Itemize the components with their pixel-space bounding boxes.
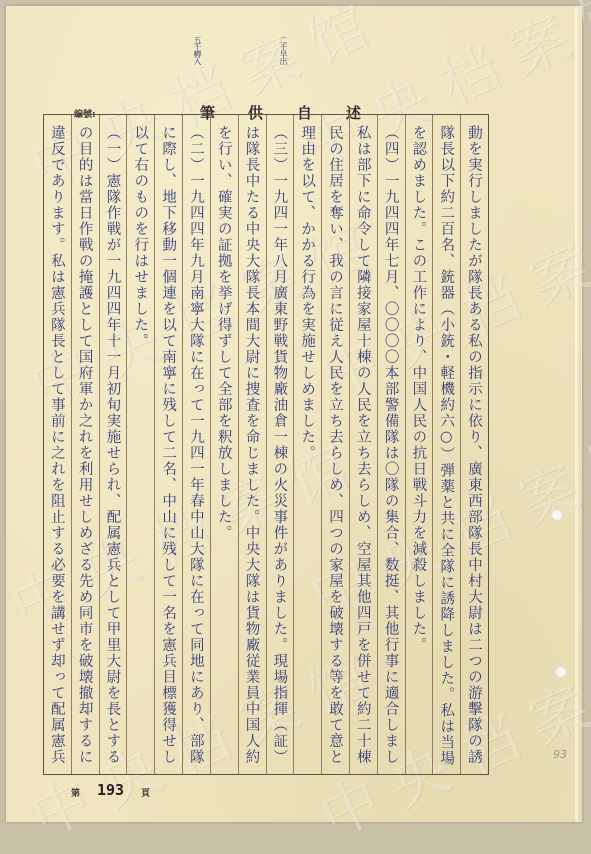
punch-hole — [555, 666, 567, 678]
document-page: 中央档案馆 中央档案馆 中央档案馆 中央档案馆 中央档案馆 中央档案馆 中央档案… — [6, 6, 582, 822]
manuscript-column: （三）一九四一年八月廣東野戦貨物廠油倉一棟の火災事件がありました。現場指揮（証）… — [266, 115, 294, 774]
manuscript-column: 違反であります。私は憲兵隊長として事前に之れを阻止する必要を講せず却って配属憲兵… — [44, 115, 71, 774]
column-text: （二）一九四四年九月南寧大隊に在って一九四一年春中山大隊に在って同地にあり、部隊… — [182, 125, 210, 774]
manuscript-column: 動を実行しましたが隊長ある私の指示に依り、廣東西部隊長中村大尉は二つの游擊隊の誘… — [460, 115, 488, 774]
page-prefix: 第 — [71, 786, 80, 799]
manuscript-column: （二）一九四四年九月南寧大隊に在って一九四一年春中山大隊に在って同地にあり、部隊… — [182, 115, 210, 774]
column-text: 隊長以下約二百名、銃器（小銃・軽機約六○）弾薬と共に全隊に誘降しました。私は当場… — [432, 125, 460, 774]
column-text: を行い、確実の証拠を挙げ得ずして全部を釈放しました。 — [210, 125, 238, 541]
manuscript-column: の目的は當日作戦の掩護として国府軍か之れを利用せしめざる先め同市を破壊撤却するに… — [71, 115, 99, 774]
manuscript-column: 隊長以下約二百名、銃器（小銃・軽機約六○）弾薬と共に全隊に誘降しました。私は当場… — [432, 115, 460, 774]
column-text: 以て右のものを行はせました。 — [126, 125, 154, 349]
manuscript-column: 私は部下に命令して隣接家屋十棟の人民を立ち去らしめ、空屋其他四戸を併せて約二十棟… — [349, 115, 377, 774]
page-suffix: 頁 — [141, 786, 150, 799]
manuscript-column: 理由を以て、かかる行為を実施せしめました。 — [293, 115, 321, 774]
top-annotation-left: 五千轉入 — [192, 36, 203, 64]
top-annotation-right: 二千早出 — [278, 36, 289, 64]
column-text: 動を実行しましたが隊長ある私の指示に依り、廣東西部隊長中村大尉は二つの游擊隊の誘… — [460, 125, 488, 774]
manuscript-column: を認めました。この工作により、中国人民の抗日戦斗力を減殺しました。 — [405, 115, 433, 774]
manuscript-column: を行い、確実の証拠を挙げ得ずして全部を釈放しました。 — [210, 115, 238, 774]
column-text: 民の住居を奪い、我の言に従え人民を立ち去らしめ、四つの家屋を破壊する等を敢て意と… — [321, 125, 349, 774]
manuscript-column: は隊長中たる中央大隊長本間大尉に捜査を命じました。中央大隊は貨物廠従業員中国人約… — [238, 115, 266, 774]
column-text: 違反であります。私は憲兵隊長として事前に之れを阻止する必要を講せず却って配属憲兵… — [44, 125, 71, 774]
column-text: の目的は當日作戦の掩護として国府軍か之れを利用せしめざる先め同市を破壊撤却するに… — [71, 125, 99, 774]
manuscript-column: に際し、地下移動一個連を以て南寧に残して二名、中山に残して一名を憲兵目標獲得せし… — [154, 115, 182, 774]
manuscript-grid: 動を実行しましたが隊長ある私の指示に依り、廣東西部隊長中村大尉は二つの游擊隊の誘… — [43, 114, 489, 775]
column-text: （四）一九四四年七月、〇〇〇〇本部警備隊は〇隊の集合、数挺、其他行事に適合しまし… — [377, 125, 405, 774]
punch-hole — [551, 509, 563, 521]
manuscript-column: 民の住居を奪い、我の言に従え人民を立ち去らしめ、四つの家屋を破壊する等を敢て意と… — [321, 115, 349, 774]
manuscript-column: 以て右のものを行はせました。 — [126, 115, 154, 774]
column-text: を認めました。この工作により、中国人民の抗日戦斗力を減殺しました。 — [405, 125, 433, 653]
column-text: （三）一九四一年八月廣東野戦貨物廠油倉一棟の火災事件がありました。現場指揮（証）… — [266, 125, 294, 774]
manuscript-column: （一）憲隊作戦が一九四四年十一月初旬実施せられ、配属憲兵として甲里大尉を長とする… — [99, 115, 127, 774]
column-text: 理由を以て、かかる行為を実施せしめました。 — [293, 125, 321, 461]
manuscript-column: （四）一九四四年七月、〇〇〇〇本部警備隊は〇隊の集合、数挺、其他行事に適合しまし… — [377, 115, 405, 774]
column-text: 私は部下に命令して隣接家屋十棟の人民を立ち去らしめ、空屋其他四戸を併せて約二十棟… — [349, 125, 377, 774]
column-text: に際し、地下移動一個連を以て南寧に残して二名、中山に残して一名を憲兵目標獲得せし… — [154, 125, 182, 774]
margin-pencil-number: 93 — [553, 748, 567, 761]
column-text: は隊長中たる中央大隊長本間大尉に捜査を命じました。中央大隊は貨物廠従業員中国人約… — [238, 125, 266, 774]
page-edge — [575, 6, 578, 822]
page-number: 193 — [97, 781, 124, 799]
column-text: （一）憲隊作戦が一九四四年十一月初旬実施せられ、配属憲兵として甲里大尉を長とする… — [99, 125, 127, 774]
